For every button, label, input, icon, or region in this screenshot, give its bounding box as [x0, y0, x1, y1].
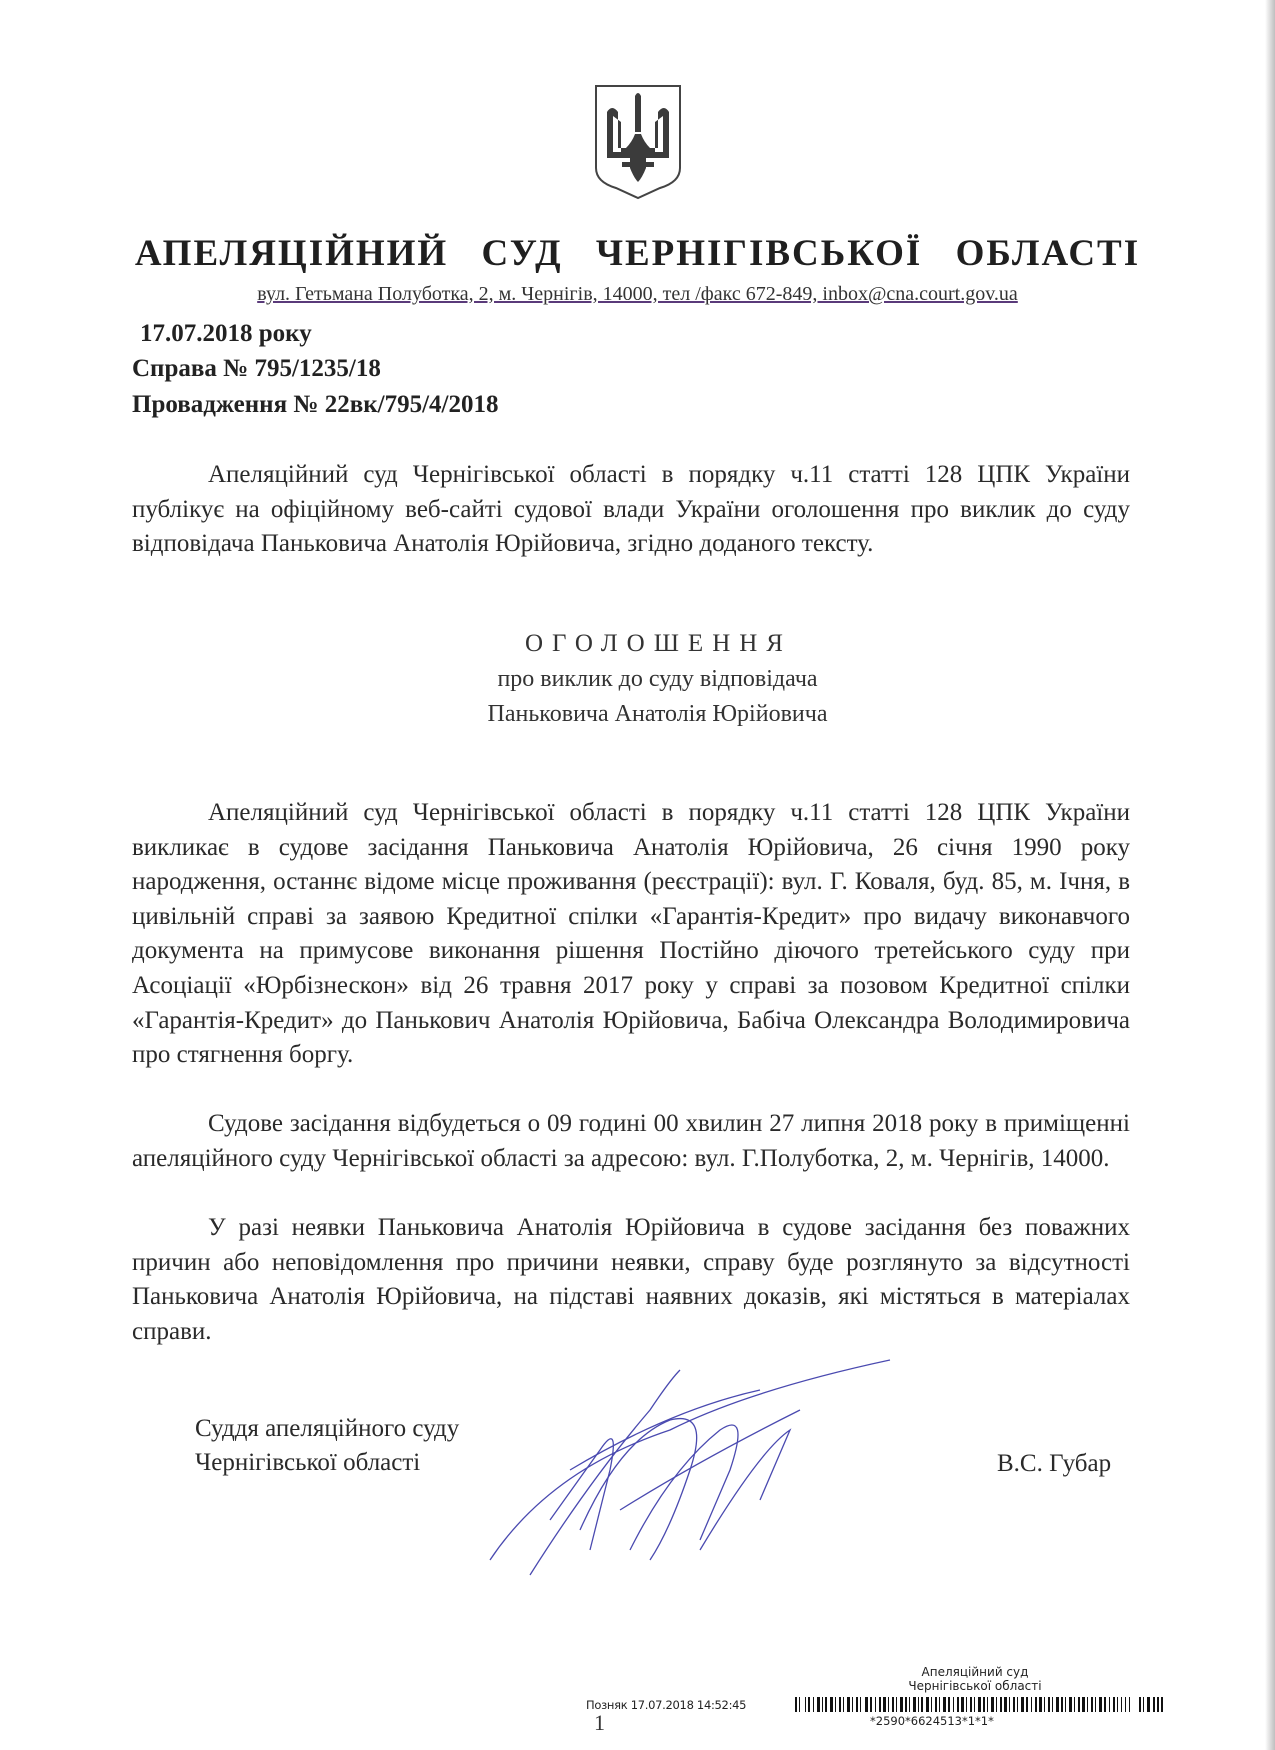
- court-address-text: вул. Гетьмана Полуботка, 2, м. Чернігів,…: [257, 283, 1018, 305]
- barcode-number: *2590*6624513*1*1*: [870, 1714, 994, 1728]
- page-number: 1: [594, 1710, 605, 1736]
- court-stamp-line1: Апеляційний суд: [880, 1665, 1070, 1679]
- registrar-stamp: Позняк 17.07.2018 14:52:45: [586, 1698, 746, 1712]
- proceeding-number: Провадження № 22вк/795/4/2018: [132, 391, 498, 419]
- case-number: Справа № 795/1235/18: [132, 355, 381, 383]
- announcement-paragraph: Апеляційний суд Чернігівської області в …: [132, 796, 1130, 1073]
- court-address: вул. Гетьмана Полуботка, 2, м. Чернігів,…: [0, 283, 1275, 306]
- announcement-heading: ОГОЛОШЕННЯ: [0, 630, 1275, 658]
- judge-position-line1: Суддя апеляційного суду: [195, 1412, 459, 1446]
- handwritten-signature-icon: [470, 1350, 900, 1580]
- announcement-paragraph: Судове засідання відбудеться о 09 годині…: [132, 1107, 1130, 1176]
- announcement-subtitle-line2: Паньковича Анатолія Юрійовича: [0, 701, 1275, 728]
- judge-position: Суддя апеляційного суду Чернігівської об…: [195, 1412, 459, 1480]
- announcement-paragraph: У разі неявки Паньковича Анатолія Юрійов…: [132, 1211, 1130, 1349]
- intro-paragraph: Апеляційний суд Чернігівської області в …: [132, 458, 1130, 562]
- barcode-icon: [795, 1697, 1163, 1712]
- judge-name: В.С. Губар: [997, 1450, 1111, 1478]
- court-name-heading: АПЕЛЯЦІЙНИЙ СУД ЧЕРНІГІВСЬКОЇ ОБЛАСТІ: [0, 232, 1275, 275]
- judge-position-line2: Чернігівської області: [195, 1446, 459, 1480]
- court-stamp-line2: Чернігівської області: [880, 1679, 1070, 1693]
- document-date: 17.07.2018 року: [140, 320, 312, 348]
- announcement-subtitle-line1: про виклик до суду відповідача: [0, 666, 1275, 693]
- coat-of-arms-icon: [592, 82, 684, 200]
- court-stamp: Апеляційний суд Чернігівської області: [880, 1665, 1070, 1693]
